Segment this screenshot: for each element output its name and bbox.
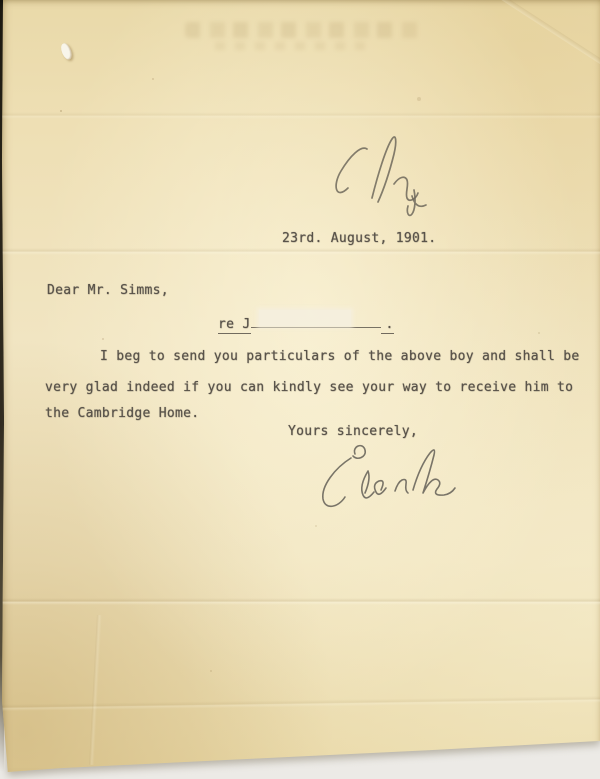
foxing-specks	[60, 110, 62, 112]
fold-crease-lower	[0, 598, 600, 605]
corner-crease	[480, 0, 600, 79]
fold-crease-bottom	[0, 696, 600, 711]
letter-date: 23rd. August, 1901.	[282, 231, 436, 246]
subject-period: .	[381, 317, 394, 334]
letter-paper: Copy 23rd. August, 1901. Dear Mr. Simms,…	[0, 0, 600, 779]
subject-prefix: re J	[218, 317, 251, 334]
fold-crease-top	[0, 112, 600, 119]
redacted-name-blank	[251, 313, 381, 328]
paper-shadow: Copy 23rd. August, 1901. Dear Mr. Simms,…	[0, 0, 600, 779]
letter-salutation: Dear Mr. Simms,	[47, 283, 169, 298]
handwritten-signature	[293, 438, 483, 523]
ink-bleed-through	[185, 22, 423, 38]
whiteout-redaction	[259, 310, 351, 326]
scanned-letter-page: Copy 23rd. August, 1901. Dear Mr. Simms,…	[0, 0, 600, 779]
ink-bleed-through-2	[215, 42, 365, 50]
fold-crease-upper	[0, 248, 600, 255]
handwritten-copy-annotation: Copy	[328, 128, 448, 223]
body-line: I beg to send you particulars of the abo…	[100, 349, 579, 364]
letter-closing: Yours sincerely,	[288, 424, 418, 439]
paper-tear	[59, 42, 74, 61]
vertical-crease	[89, 615, 102, 765]
body-line: the Cambridge Home.	[45, 406, 199, 421]
letter-subject-line: re J.	[218, 313, 394, 332]
body-line: very glad indeed if you can kindly see y…	[45, 380, 573, 395]
